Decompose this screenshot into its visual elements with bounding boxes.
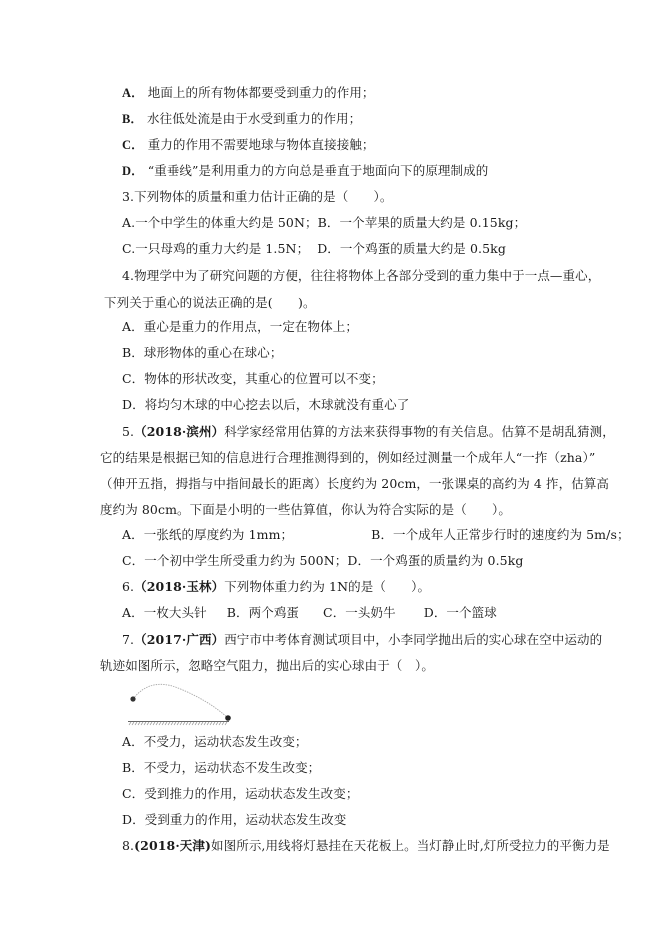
q3-option-a: A.一个中学生的体重大约是 50N； [122, 215, 318, 230]
q6-stem: 6.（2018·玉林）下列物体重力约为 1N的是（ ）。 [122, 579, 430, 595]
q4-stem-line1: 4.物理学中为了研究问题的方便，往往将物体上各部分受到的重力集中于一点—重心， [122, 268, 600, 284]
option-label: B． [122, 112, 143, 126]
q5-stem-line1: 5.（2018·滨州）科学家经常用估算的方法来获得事物的有关信息。估算不是胡乱猜… [122, 424, 615, 440]
question-source: （2018·滨州） [134, 424, 224, 439]
q4-option-c: C．物体的形状改变，其重心的位置可以不变； [122, 371, 384, 387]
q5-stem-line4: 度约为 80cm。下面是小明的一些估算值，你认为符合实际的是（ ）。 [100, 502, 511, 518]
q6-option-a: A．一枚大头针 [122, 605, 207, 620]
q4-option-d: D．将均匀木球的中心挖去以后，木球就没有重心了 [122, 397, 409, 413]
question-number: 8. [122, 838, 134, 853]
q5-options-row1: A．一张纸的厚度约为 1mm；B．一个成年人正常步行时的速度约为 5m/s； [122, 527, 630, 543]
q6-option-d: D．一个篮球 [424, 605, 497, 620]
q4-option-a: A．重心是重力的作用点，一定在物体上； [122, 319, 358, 335]
q2-option-a: A．地面上的所有物体都要受到重力的作用； [122, 85, 375, 101]
option-text: 重力的作用不需要地球与物体直接接触； [148, 137, 375, 152]
q7-option-c: C．受到推力的作用，运动状态发生改变； [122, 786, 358, 802]
question-number: 7. [122, 632, 134, 647]
q5-option-c: C．一个初中学生所受重力约为 500N； [122, 553, 347, 568]
q3-options-row1: A.一个中学生的体重大约是 50N；B．一个苹果的质量大约是 0.15kg； [122, 215, 526, 231]
q7-stem-line1: 7.（2017·广西）西宁市中考体育测试项目中，小李同学抛出后的实心球在空中运动… [122, 632, 602, 648]
q5-option-d: D．一个鸡蛋的质量约为 0.5kg [347, 553, 523, 568]
question-source: (2018·天津) [134, 838, 211, 853]
q8-stem-line1: 8.(2018·天津)如图所示,用线将灯悬挂在天花板上。当灯静止时,灯所受拉力的… [122, 838, 610, 854]
q6-option-b: B．两个鸡蛋 [227, 605, 299, 620]
q6-option-c: C．一头奶牛 [323, 605, 396, 620]
q3-option-d: D．一个鸡蛋的质量大约是 0.5kg [317, 241, 506, 256]
q5-options-row2: C．一个初中学生所受重力约为 500N；D．一个鸡蛋的质量约为 0.5kg [122, 553, 524, 569]
q2-option-b: B．水往低处流是由于水受到重力的作用； [122, 111, 361, 127]
stem-text: 如图所示,用线将灯悬挂在天花板上。当灯静止时,灯所受拉力的平衡力是 [211, 838, 610, 853]
stem-text: 西宁市中考体育测试项目中，小李同学抛出后的实心球在空中运动的 [224, 632, 602, 647]
q4-option-b: B．球形物体的重心在球心； [122, 345, 283, 361]
option-text: 地面上的所有物体都要受到重力的作用； [148, 85, 375, 100]
trajectory-curve [133, 684, 228, 718]
ground-hatching [129, 722, 227, 725]
stem-text: 科学家经常用估算的方法来获得事物的有关信息。估算不是胡乱猜测， [224, 424, 615, 439]
q3-options-row2: C.一只母鸡的重力大约是 1.5N；D．一个鸡蛋的质量大约是 0.5kg [122, 241, 506, 257]
q7-option-a: A．不受力，运动状态发生改变； [122, 734, 308, 750]
q7-stem-line2: 轨迹如图所示，忽略空气阻力，抛出后的实心球由于（ ）。 [100, 658, 434, 674]
q3-option-c: C.一只母鸡的重力大约是 1.5N； [122, 241, 309, 256]
option-label: D． [122, 164, 144, 178]
q6-options: A．一枚大头针B．两个鸡蛋C．一头奶牛D．一个篮球 [122, 605, 497, 621]
ball-end-icon [225, 715, 231, 721]
q7-option-b: B．不受力，运动状态不发生改变； [122, 760, 320, 776]
q3-option-b: B．一个苹果的质量大约是 0.15kg； [318, 215, 527, 230]
option-label: C． [122, 138, 144, 152]
question-source: （2017·广西） [134, 632, 224, 647]
q5-stem-line3: （伸开五指，拇指与中指间最长的距离）长度约为 20cm，一张课桌的高约为 4 拃… [100, 476, 609, 492]
q5-option-a: A．一张纸的厚度约为 1mm； [122, 527, 293, 542]
q3-stem: 3.下列物体的质量和重力估计正确的是（ ）。 [122, 189, 392, 205]
q2-option-c: C．重力的作用不需要地球与物体直接接触； [122, 137, 375, 153]
projectile-trajectory-diagram [128, 682, 238, 728]
q5-option-b: B．一个成年人正常步行时的速度约为 5m/s； [371, 527, 629, 542]
option-label: A． [122, 86, 144, 100]
q2-option-d: D．“重垂线”是利用重力的方向总是垂直于地面向下的原理制成的 [122, 163, 488, 179]
question-number: 5. [122, 424, 134, 439]
q5-stem-line2: 它的结果是根据已知的信息进行合理推测得到的，例如经过测量一个成年人“一拃（zha… [100, 450, 595, 466]
stem-text: 下列物体重力约为 1N的是（ ）。 [224, 579, 430, 594]
question-source: （2018·玉林） [134, 579, 224, 594]
q4-stem-line2: 下列关于重心的说法正确的是( )。 [104, 295, 316, 311]
option-text: “重垂线”是利用重力的方向总是垂直于地面向下的原理制成的 [148, 163, 489, 178]
ball-start-icon [130, 696, 135, 701]
q7-option-d: D．受到重力的作用，运动状态发生改变 [122, 812, 346, 828]
option-text: 水往低处流是由于水受到重力的作用； [147, 111, 361, 126]
question-number: 6. [122, 579, 134, 594]
